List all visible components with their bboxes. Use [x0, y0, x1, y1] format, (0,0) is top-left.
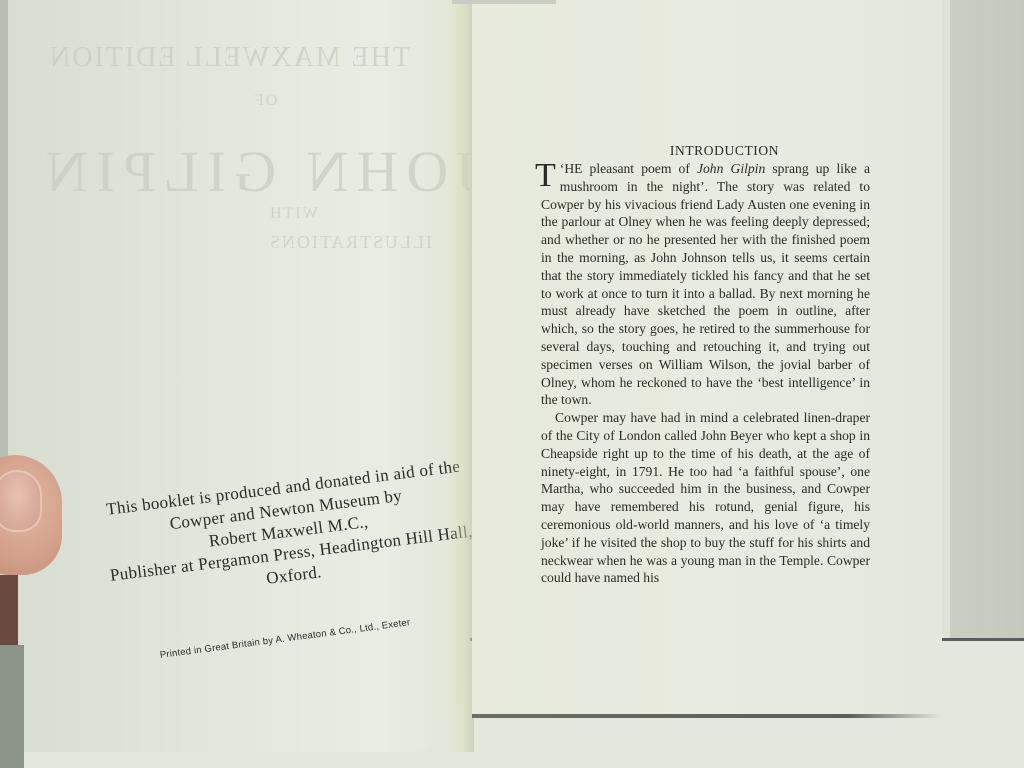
background-wall: [950, 0, 1024, 640]
introduction-heading: INTRODUCTION: [579, 142, 870, 159]
introduction-text: INTRODUCTION ‘THE pleasant poem of John …: [541, 142, 870, 587]
page-top-strip: [452, 0, 556, 4]
show-through-line: WITH: [268, 205, 318, 223]
paragraph-1-start: HE pleasant poem of: [564, 161, 697, 176]
paragraph-2: Cowper may have had in mind a celebrated…: [541, 409, 870, 587]
thumbnail: [0, 470, 42, 532]
hand: [0, 575, 18, 645]
show-through-line: THE MAXWELL EDITION: [48, 42, 410, 74]
paragraph-1-rest: sprang up like a mushroom in the night’.…: [541, 161, 870, 407]
drop-cap: T: [535, 162, 556, 190]
right-page-bottom-edge: [472, 714, 942, 718]
show-through-title: JOHN GILPIN: [38, 138, 470, 205]
gutter-shadow: [448, 0, 474, 752]
left-page-edge: [0, 0, 8, 460]
background-object: [0, 645, 24, 768]
show-through-line: OF: [253, 92, 277, 110]
show-through-line: ILLUSTRATIONS: [268, 232, 432, 253]
paragraph-1: ‘THE pleasant poem of John Gilpin sprang…: [541, 160, 870, 409]
poem-title: John Gilpin: [697, 161, 765, 176]
